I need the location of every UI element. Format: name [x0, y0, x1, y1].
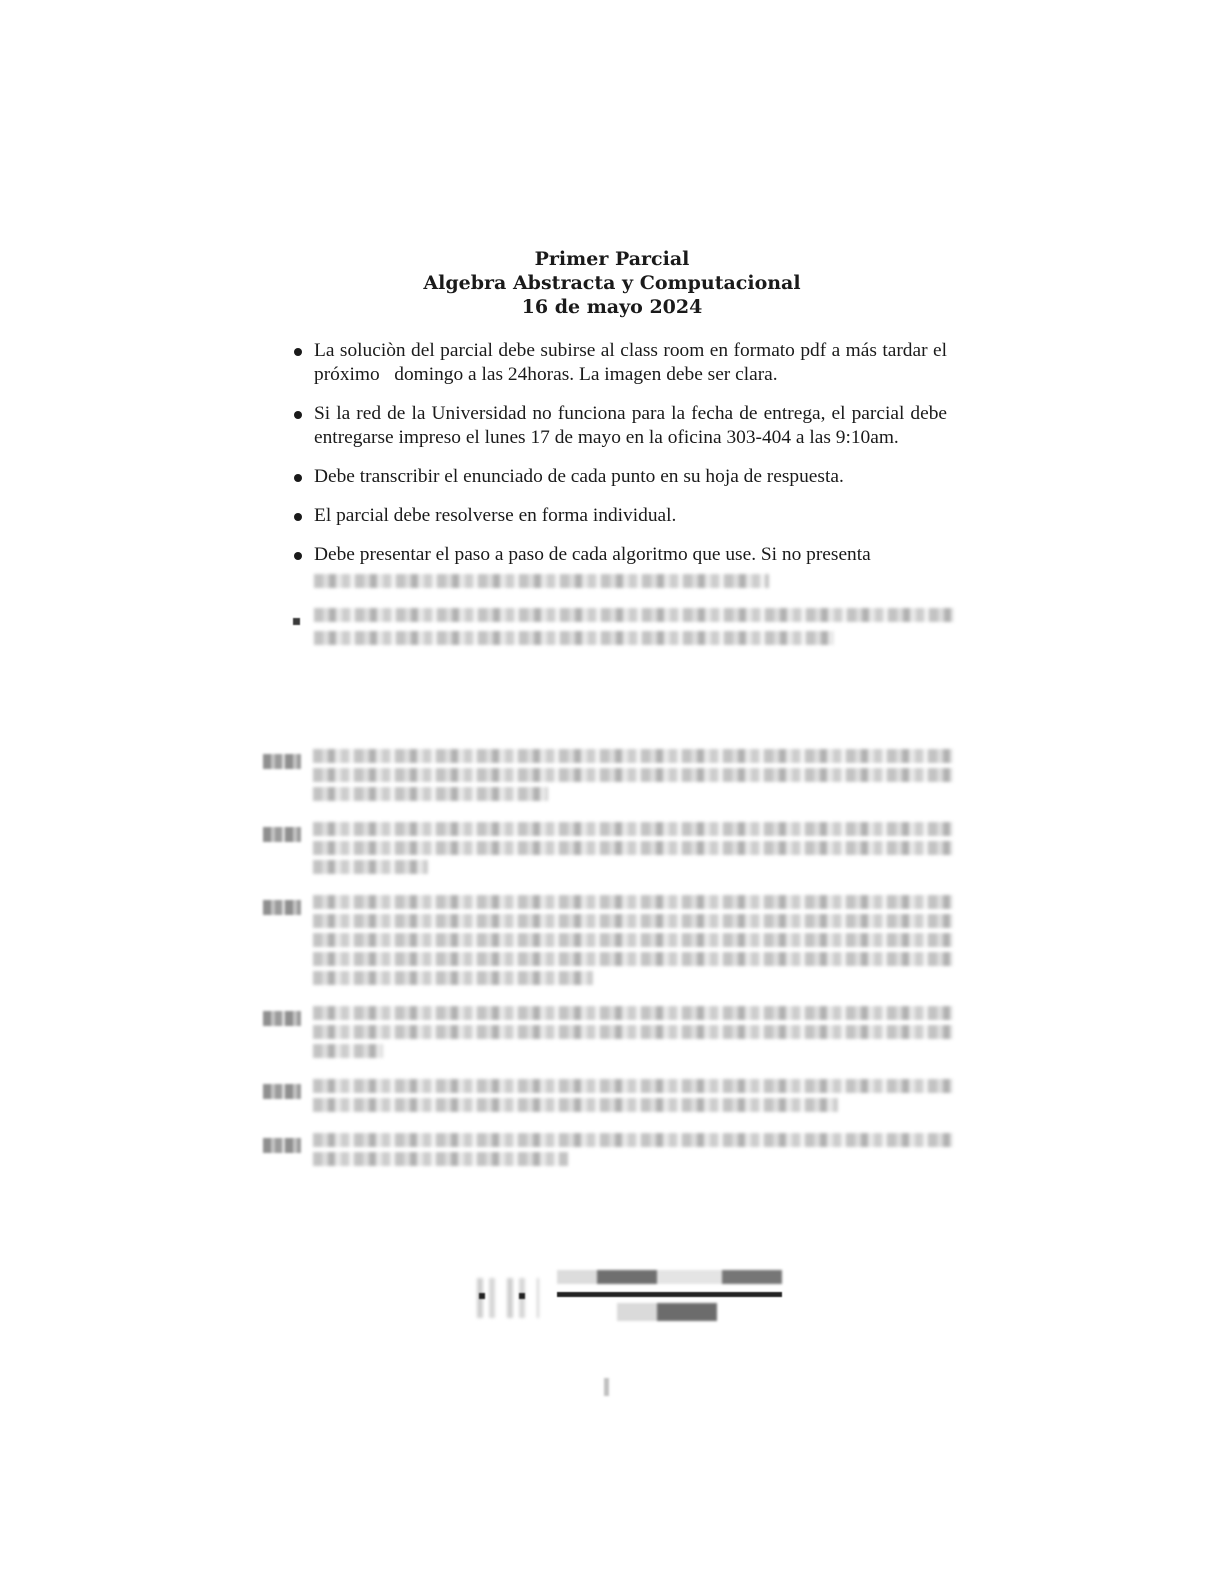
instruction-item-obscured: [292, 608, 947, 645]
page-number: [604, 1378, 609, 1396]
instruction-item: El parcial debe resolverse en forma indi…: [292, 504, 947, 528]
exercise-label: [263, 827, 301, 842]
obscured-text-line: [313, 1152, 568, 1166]
instruction-item: Debe transcribir el enunciado de cada pu…: [292, 465, 947, 489]
obscured-text-line: [313, 914, 953, 928]
instruction-text: Debe presentar el paso a paso de cada al…: [314, 544, 871, 565]
formula-numerator: [557, 1270, 782, 1284]
obscured-text-line: [313, 768, 953, 782]
obscured-text-line: [313, 860, 428, 874]
formula-denominator: [617, 1303, 717, 1321]
document-header: Primer Parcial Algebra Abstracta y Compu…: [0, 247, 1224, 319]
display-formula: [477, 1270, 787, 1328]
exercise-label: [263, 900, 301, 915]
instruction-text: Si la red de la Universidad no funciona …: [314, 403, 952, 448]
instruction-text: Debe transcribir el enunciado de cada pu…: [314, 466, 844, 487]
exercise-2: [263, 822, 953, 874]
instruction-text: La soluciòn del parcial debe subirse al …: [314, 340, 952, 385]
exercise-label: [263, 754, 301, 769]
obscured-text-line: [313, 841, 953, 855]
exercises-list: [263, 744, 953, 1187]
course-name: Algebra Abstracta y Computacional: [0, 271, 1224, 295]
obscured-text-line: [314, 574, 769, 588]
obscured-text-line: [313, 933, 953, 947]
exam-title: Primer Parcial: [0, 247, 1224, 271]
exercise-label: [263, 1011, 301, 1026]
obscured-text-line: [313, 1006, 953, 1020]
instruction-item: Si la red de la Universidad no funciona …: [292, 402, 947, 450]
obscured-text-line: [313, 1025, 953, 1039]
bullet-icon: [294, 348, 302, 356]
obscured-text-line: [313, 1098, 838, 1112]
instruction-text: El parcial debe resolverse en forma indi…: [314, 505, 676, 526]
obscured-text-line: [313, 971, 593, 985]
bullet-icon: [294, 513, 302, 521]
bullet-icon: [294, 552, 302, 560]
instruction-item: Debe presentar el paso a paso de cada al…: [292, 543, 947, 588]
obscured-text-line: [313, 895, 953, 909]
exercise-label: [263, 1138, 301, 1153]
obscured-text-line: [313, 1044, 383, 1058]
obscured-text-line: [313, 787, 548, 801]
exercise-1: [263, 749, 953, 801]
obscured-text-line: [313, 952, 953, 966]
exam-date: 16 de mayo 2024: [0, 295, 1224, 319]
bullet-icon: [294, 474, 302, 482]
exercise-3: [263, 895, 953, 985]
obscured-text-line: [313, 749, 953, 763]
formula-lhs-symbols: [479, 1293, 539, 1299]
bullet-icon: [294, 411, 302, 419]
fraction-bar: [557, 1292, 782, 1297]
instruction-item: La soluciòn del parcial debe subirse al …: [292, 339, 947, 387]
exercise-4: [263, 1006, 953, 1058]
bullet-icon: [293, 618, 300, 625]
obscured-text-line: [314, 631, 834, 645]
instructions-list: La soluciòn del parcial debe subirse al …: [292, 339, 947, 660]
exercise-label: [263, 1084, 301, 1099]
obscured-text-line: [314, 608, 954, 622]
obscured-text-line: [313, 822, 953, 836]
obscured-text-line: [313, 1079, 953, 1093]
exercise-5: [263, 1079, 953, 1112]
exercise-6: [263, 1133, 953, 1166]
obscured-text-line: [313, 1133, 953, 1147]
